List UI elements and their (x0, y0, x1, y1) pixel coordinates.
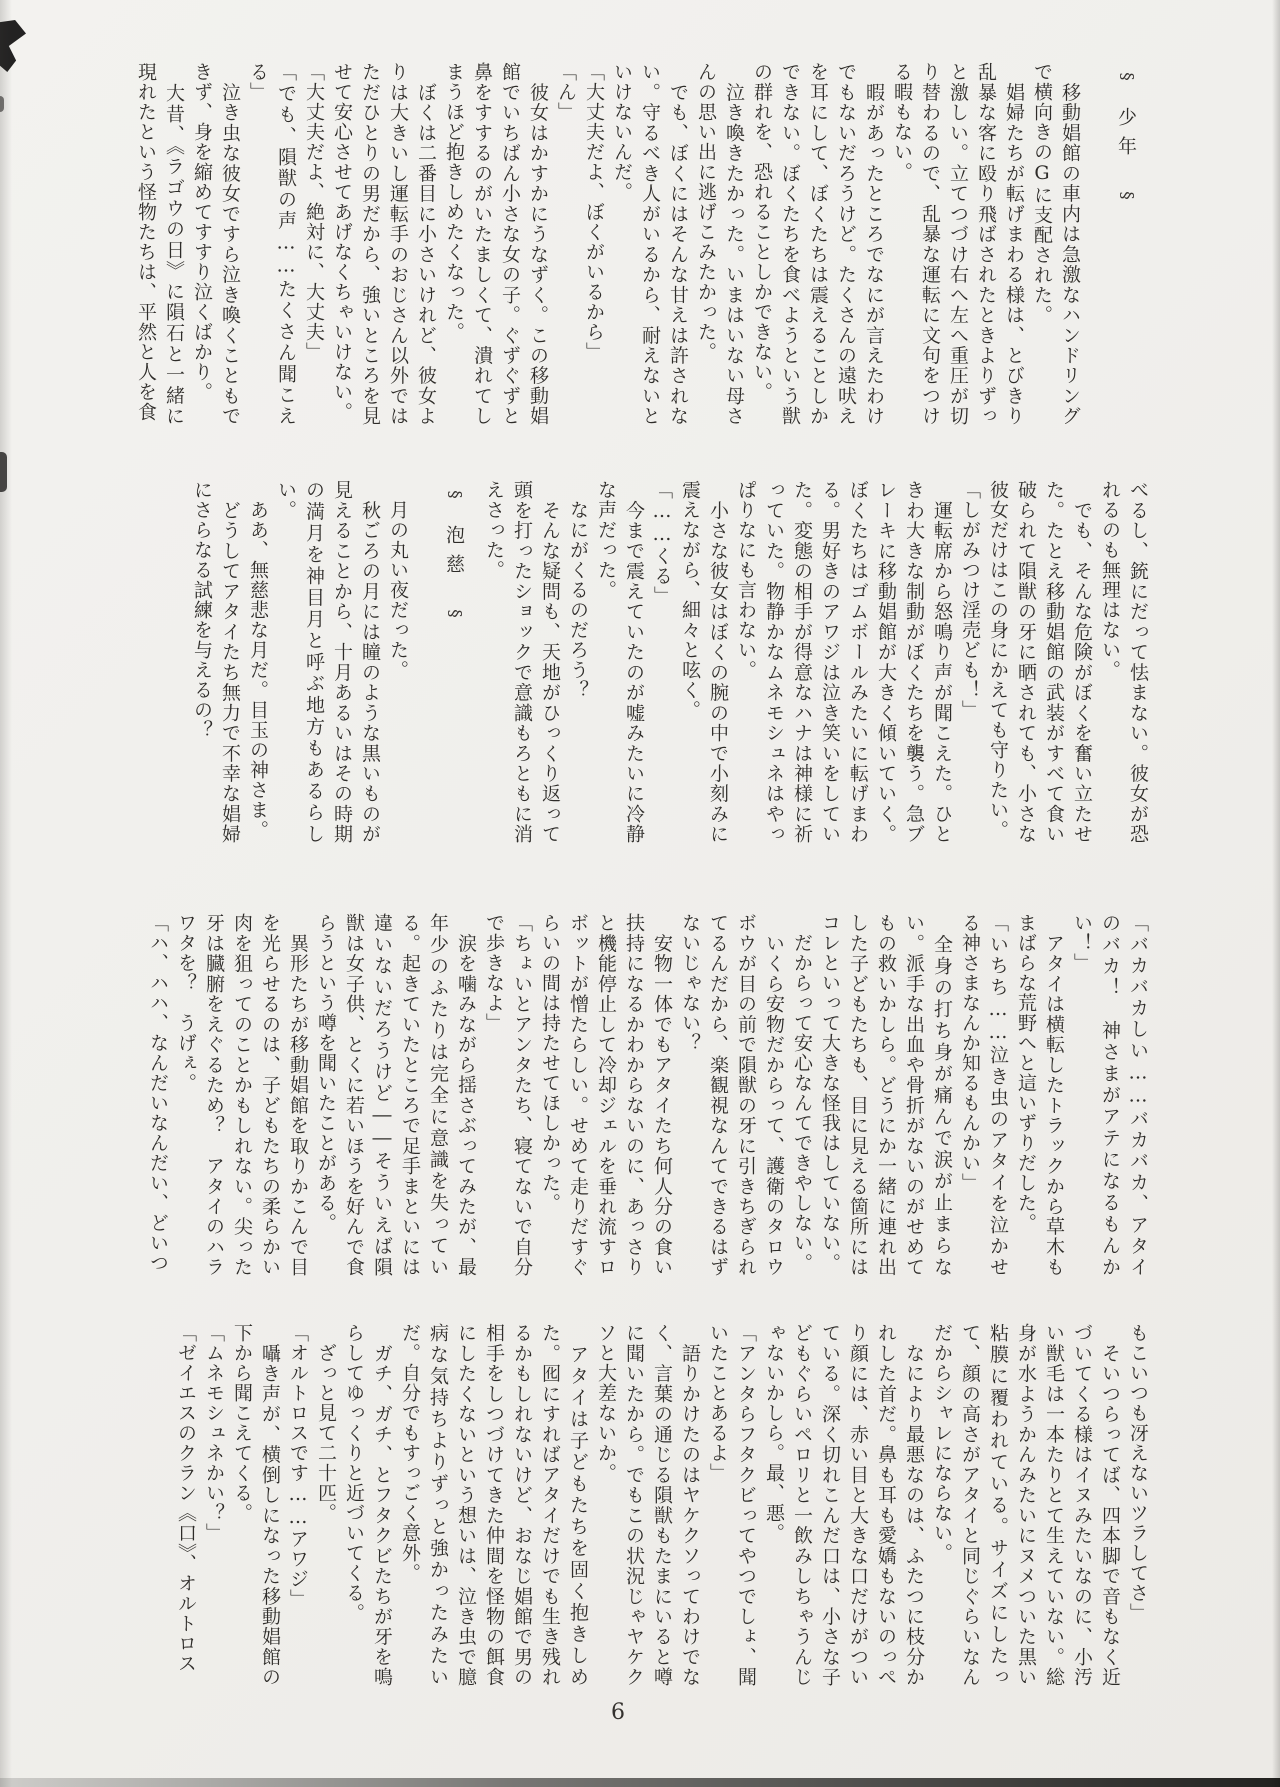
paragraph: 「大丈夫だよ、絶対に、大丈夫」 (300, 62, 328, 426)
paragraph: べるし、銃にだって怯まない。彼女が恐れるのも無理はない。 (1096, 480, 1152, 844)
paragraph: 異形たちが移動娼館を取りかこんで目を光らせるのは、子どもたちの柔らかい肉を狙って… (172, 913, 312, 1277)
page-number: 6 (596, 1700, 640, 1725)
scan-mark-left-edge (0, 452, 7, 492)
paragraph: 安物一体でもアタイたち何人分の食い扶持になるかわからないのに、あっさりと機能停止… (536, 913, 676, 1277)
paragraph: アタイは子どもたちを固く抱きしめた。囮にすればアタイだけでも生き残れるかもしれな… (396, 1323, 592, 1687)
section-heading: §泡慈§ (440, 480, 468, 844)
section-ornament-icon: § (444, 600, 465, 628)
paragraph: でも、ぼくにはそんな甘えは許されない。守るべき人がいるから、耐えないといけないん… (608, 62, 692, 426)
paragraph: 月の丸い夜だった。 (384, 480, 412, 844)
text-band-1: §少年§ 移動娼館の車内は急激なハンドリングで横向きのGに支配された。 娼婦たち… (130, 62, 1152, 426)
scanned-page: §少年§ 移動娼館の車内は急激なハンドリングで横向きのGに支配された。 娼婦たち… (0, 0, 1280, 1787)
paragraph: 今まで震えていたのが嘘みたいに冷静な声だった。 (592, 480, 648, 844)
paragraph: でも、そんな危険がぼくを奮い立たせた。たとえ移動娼館の武装がすべて食い破られて隕… (984, 480, 1096, 844)
paragraph: 「でも、隕獣の声……たくさん聞こえる」 (244, 62, 300, 426)
paragraph: 「ん」 (552, 62, 580, 426)
text-band-2: べるし、銃にだって怯まない。彼女が恐れるのも無理はない。 でも、そんな危険がぼく… (130, 480, 1152, 844)
scan-shadow-right (1272, 0, 1280, 1787)
paragraph: 小さな彼女はぼくの腕の中で小刻みに震えながら、細々と呟く。 (676, 480, 732, 844)
paragraph: 「ゼイエスのクラン《口》、オルトロス (172, 1323, 200, 1687)
paragraph: 「ムネモシュネかい？」 (200, 1323, 228, 1687)
paragraph: いくら安物だからって、護衛のタロウボウが目の前で隕獣の牙に引きちぎられてるんだか… (676, 913, 788, 1277)
section-ornament-icon: § (1116, 63, 1137, 91)
section-title: 泡慈 (440, 525, 468, 583)
paragraph: 大昔、《ラゴウの日》に隕石と一緒に現れたという怪物たちは、平然と人を食 (132, 62, 188, 426)
paragraph: 「大丈夫だよ、ぼくがいるから」 (580, 62, 608, 426)
paragraph: 「しがみつけ淫売ども！」 (956, 480, 984, 844)
paragraph: なにより最悪なのは、ふたつに枝分かれした首だ。鼻も耳も愛嬌もないのっぺり顔には、… (760, 1323, 928, 1687)
scan-blot-top-left (0, 20, 26, 72)
paragraph: 「……くる」 (648, 480, 676, 844)
text-band-4: もこいつも冴えないツラしてさ」 そいつらってば、四本脚で音もなく近づいてくる様は… (130, 1323, 1152, 1687)
paragraph: アタイは横転したトラックから草木もまばらな荒野へと這いずりだした。 (1012, 913, 1068, 1277)
paragraph: ガチ、ガチ、とフタクビたちが牙を鳴らしてゆっくりと近づいてくる。 (340, 1323, 396, 1687)
paragraph: ざっと見て二十匹。 (312, 1323, 340, 1687)
paragraph: どうしてアタイたち無力で不幸な娼婦にさらなる試練を与えるの？ (188, 480, 244, 844)
paragraph: 「ハ、ハハ、なんだいなんだい、どいつ (144, 913, 172, 1277)
paragraph: ぼくは二番目に小さいけれど、彼女よりは大きいし運転手のおじさん以外ではただひとり… (328, 62, 440, 426)
paragraph: 語りかけたのはヤケクソってわけでなく、言葉の通じる隕獣もたまにいると噂に聞いたか… (592, 1323, 704, 1687)
paragraph: 「オルトロスです……アワジ」 (284, 1323, 312, 1687)
paragraph: そんな疑問も、天地がひっくり返って頭を打ったショックで意識もろともに消えさった。 (480, 480, 564, 844)
paragraph: 移動娼館の車内は急激なハンドリングで横向きのGに支配された。 (1028, 62, 1084, 426)
paragraph: 泣き虫な彼女ですら泣き喚くこともできず、身を縮めてすすり泣くばかり。 (188, 62, 244, 426)
scan-shadow-left (0, 0, 12, 1787)
section-title: 少年 (1112, 107, 1140, 165)
paragraph: 娼婦たちが転げまわる様は、とびきり乱暴な客に殴り飛ばされたときよりずっと激しい。… (888, 62, 1028, 426)
section-ornament-icon: § (444, 481, 465, 509)
paragraph: 運転席から怒鳴り声が聞こえた。ひときわ大きな制動がぼくたちを襲う。急ブレーキに移… (732, 480, 956, 844)
paragraph: だからって安心なんてできやしない。 (788, 913, 816, 1277)
paragraph: 涙を噛みながら揺さぶってみたが、最年少のふたりは完全に意識を失っている。起きてい… (312, 913, 480, 1277)
paragraph: 「いちち……泣き虫のアタイを泣かせる神さまなんか知るもんかい」 (956, 913, 1012, 1277)
section-ornament-icon: § (1116, 182, 1137, 210)
paragraph: 「ちょいとアンタたち、寝てないで自分で歩きなよ」 (480, 913, 536, 1277)
paragraph: 彼女はかすかにうなずく。この移動娼館でいちばん小さな女の子。ぐずぐずと鼻をすする… (440, 62, 552, 426)
paragraph: そいつらってば、四本脚で音もなく近づいてくる様はイヌみたいなのに、小汚い獣毛は一… (928, 1323, 1124, 1687)
scan-mark-left-edge-small (0, 96, 4, 112)
paragraph: もこいつも冴えないツラしてさ」 (1124, 1323, 1152, 1687)
paragraph: 全身の打ち身が痛んで涙が止まらない。派手な出血や骨折がないのがせめてもの救いかし… (816, 913, 956, 1277)
text-band-3: 「バカバカしい……バカバカ、アタイのバカ！ 神さまがアテになるもんかい！」 アタ… (130, 913, 1152, 1277)
section-heading: §少年§ (1112, 62, 1140, 426)
paragraph: 暇があったところでなにが言えたわけでもないだろうけど。たくさんの遠吠えを耳にして… (748, 62, 888, 426)
paragraph: 囁き声が、横倒しになった移動娼館の下から聞こえてくる。 (228, 1323, 284, 1687)
paragraph: 秋ごろの月には瞳のような黒いものが見えることから、十月あるいはその時期の満月を神… (272, 480, 384, 844)
paragraph: なにがくるのだろう？ (564, 480, 592, 844)
paragraph: 「バカバカしい……バカバカ、アタイのバカ！ 神さまがアテになるもんかい！」 (1068, 913, 1152, 1277)
paragraph: 「アンタらフタクビってやつでしょ、聞いたことあるよ」 (704, 1323, 760, 1687)
paragraph: 泣き喚きたかった。いまはいない母さんの思い出に逃げこみたかった。 (692, 62, 748, 426)
scan-shadow-bottom (0, 1778, 1280, 1787)
paragraph: ああ、無慈悲な月だ。目玉の神さま。 (244, 480, 272, 844)
